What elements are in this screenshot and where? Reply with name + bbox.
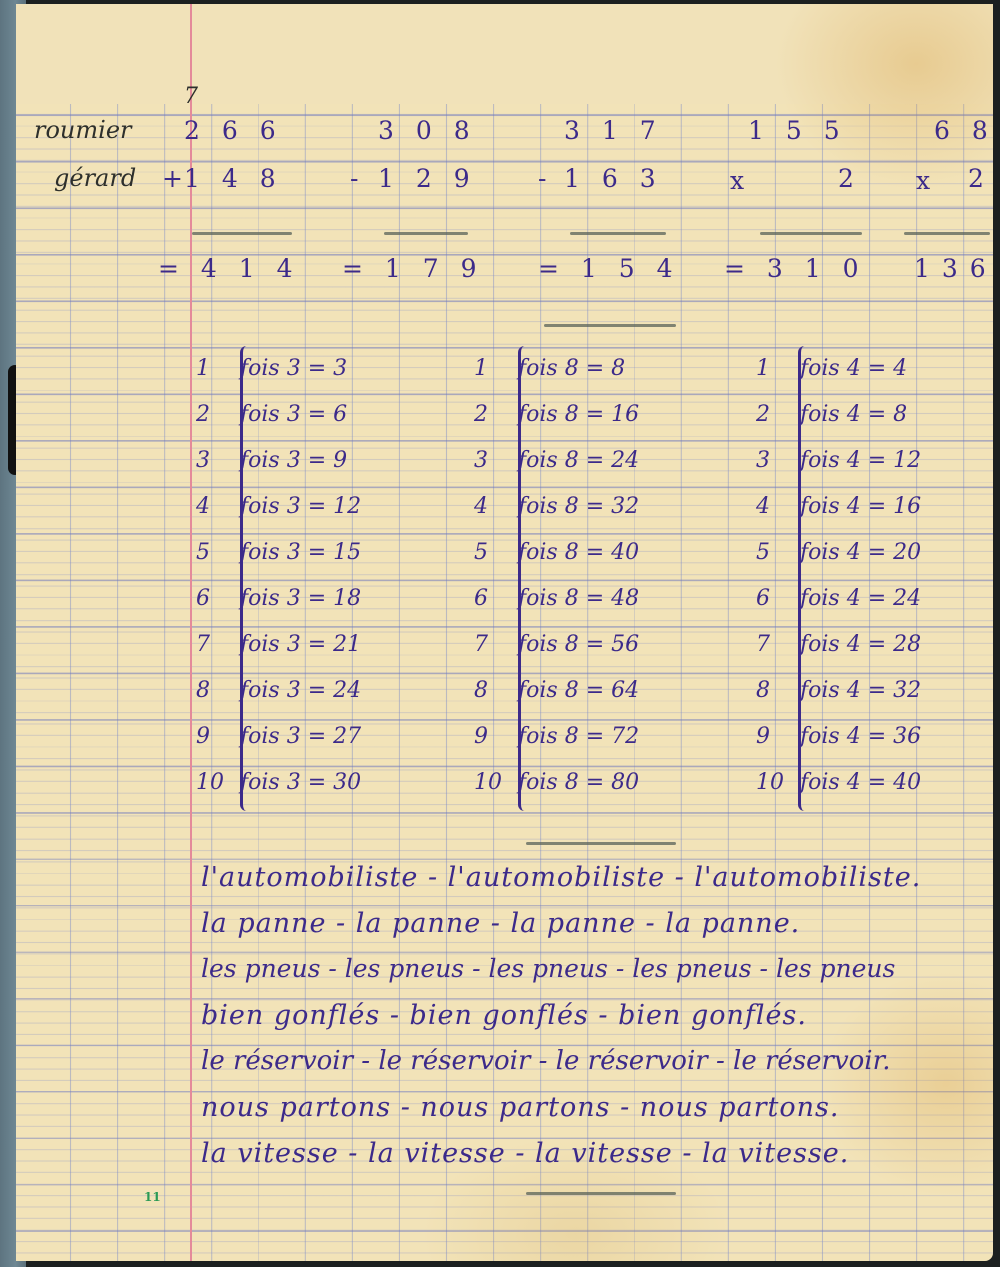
table-row: 3fois 8 = 24 xyxy=(474,448,639,473)
result: = 4 1 4 xyxy=(158,254,293,283)
table-row: 5fois 4 = 20 xyxy=(756,540,921,565)
operand-a: 1 5 5 xyxy=(748,116,840,145)
table-row: 6fois 3 = 18 xyxy=(196,586,361,611)
operand-b: 2 xyxy=(968,164,984,193)
table-row: 4fois 8 = 32 xyxy=(474,494,639,519)
table-row: 7fois 8 = 56 xyxy=(474,632,639,657)
operator-times: x xyxy=(730,166,744,195)
operand-b: 1 6 3 xyxy=(564,164,656,193)
result: = 1 7 9 xyxy=(342,254,477,283)
separator-rule xyxy=(526,842,676,845)
table-row: 3fois 4 = 12 xyxy=(756,448,921,473)
operand-b: 1 2 9 xyxy=(378,164,470,193)
result: = 3 1 0 xyxy=(724,254,859,283)
separator-rule xyxy=(544,324,676,327)
table-row: 6fois 4 = 24 xyxy=(756,586,921,611)
writing-line: le réservoir - le réservoir - le réservo… xyxy=(201,1046,890,1076)
writing-line: nous partons - nous partons - nous parto… xyxy=(201,1092,840,1123)
table-row: 7fois 4 = 28 xyxy=(756,632,921,657)
sum-rule xyxy=(570,232,666,235)
writing-line: la vitesse - la vitesse - la vitesse - l… xyxy=(201,1138,849,1169)
table-row: 9fois 8 = 72 xyxy=(474,724,639,749)
table-row: 10fois 3 = 30 xyxy=(196,770,361,795)
result: = 1 5 4 xyxy=(538,254,673,283)
table-row: 2fois 4 = 8 xyxy=(756,402,907,427)
table-row: 1fois 3 = 3 xyxy=(196,356,347,381)
pencil-mark: 7 xyxy=(184,84,198,109)
table-row: 2fois 3 = 6 xyxy=(196,402,347,427)
table-row: 5fois 3 = 15 xyxy=(196,540,361,565)
sum-rule xyxy=(760,232,862,235)
page-header-blank xyxy=(16,4,993,104)
operand-a: 3 0 8 xyxy=(378,116,470,145)
table-row: 10fois 8 = 80 xyxy=(474,770,639,795)
table-row: 7fois 3 = 21 xyxy=(196,632,361,657)
table-row: 3fois 3 = 9 xyxy=(196,448,347,473)
operand-a: 2 6 6 xyxy=(184,116,276,145)
name-gerard: gérard xyxy=(54,164,136,192)
operator-plus: + xyxy=(162,164,183,193)
table-row: 1fois 4 = 4 xyxy=(756,356,907,381)
writing-line: l'automobiliste - l'automobiliste - l'au… xyxy=(201,862,921,893)
operator-times: x xyxy=(916,166,930,195)
sum-rule xyxy=(192,232,292,235)
table-row: 10fois 4 = 40 xyxy=(756,770,921,795)
operand-b: 1 4 8 xyxy=(184,164,276,193)
operator-minus: - xyxy=(538,164,546,193)
green-ink-mark: 11 xyxy=(144,1190,161,1204)
table-row: 8fois 4 = 32 xyxy=(756,678,921,703)
table-row: 4fois 4 = 16 xyxy=(756,494,921,519)
operand-a: 3 1 7 xyxy=(564,116,656,145)
table-row: 4fois 3 = 12 xyxy=(196,494,361,519)
operand-a: 6 8 xyxy=(934,116,988,145)
sum-rule xyxy=(384,232,468,235)
table-row: 8fois 3 = 24 xyxy=(196,678,361,703)
sum-rule xyxy=(904,232,990,235)
writing-line: bien gonflés - bien gonflés - bien gonfl… xyxy=(201,1000,807,1031)
table-row: 6fois 8 = 48 xyxy=(474,586,639,611)
table-row: 2fois 8 = 16 xyxy=(474,402,639,427)
table-row: 9fois 4 = 36 xyxy=(756,724,921,749)
name-roumier: roumier xyxy=(34,116,132,144)
separator-rule xyxy=(526,1192,676,1195)
notebook-page: 7 roumier gérard 2 6 6 + 1 4 8 = 4 1 4 3… xyxy=(16,4,993,1261)
table-row: 1fois 8 = 8 xyxy=(474,356,625,381)
table-row: 9fois 3 = 27 xyxy=(196,724,361,749)
operand-b: 2 xyxy=(838,164,854,193)
writing-line: la panne - la panne - la panne - la pann… xyxy=(201,908,800,939)
operator-minus: - xyxy=(350,164,358,193)
table-row: 8fois 8 = 64 xyxy=(474,678,639,703)
table-row: 5fois 8 = 40 xyxy=(474,540,639,565)
result: 1 3 6 xyxy=(914,254,986,283)
writing-line: les pneus - les pneus - les pneus - les … xyxy=(201,954,895,983)
